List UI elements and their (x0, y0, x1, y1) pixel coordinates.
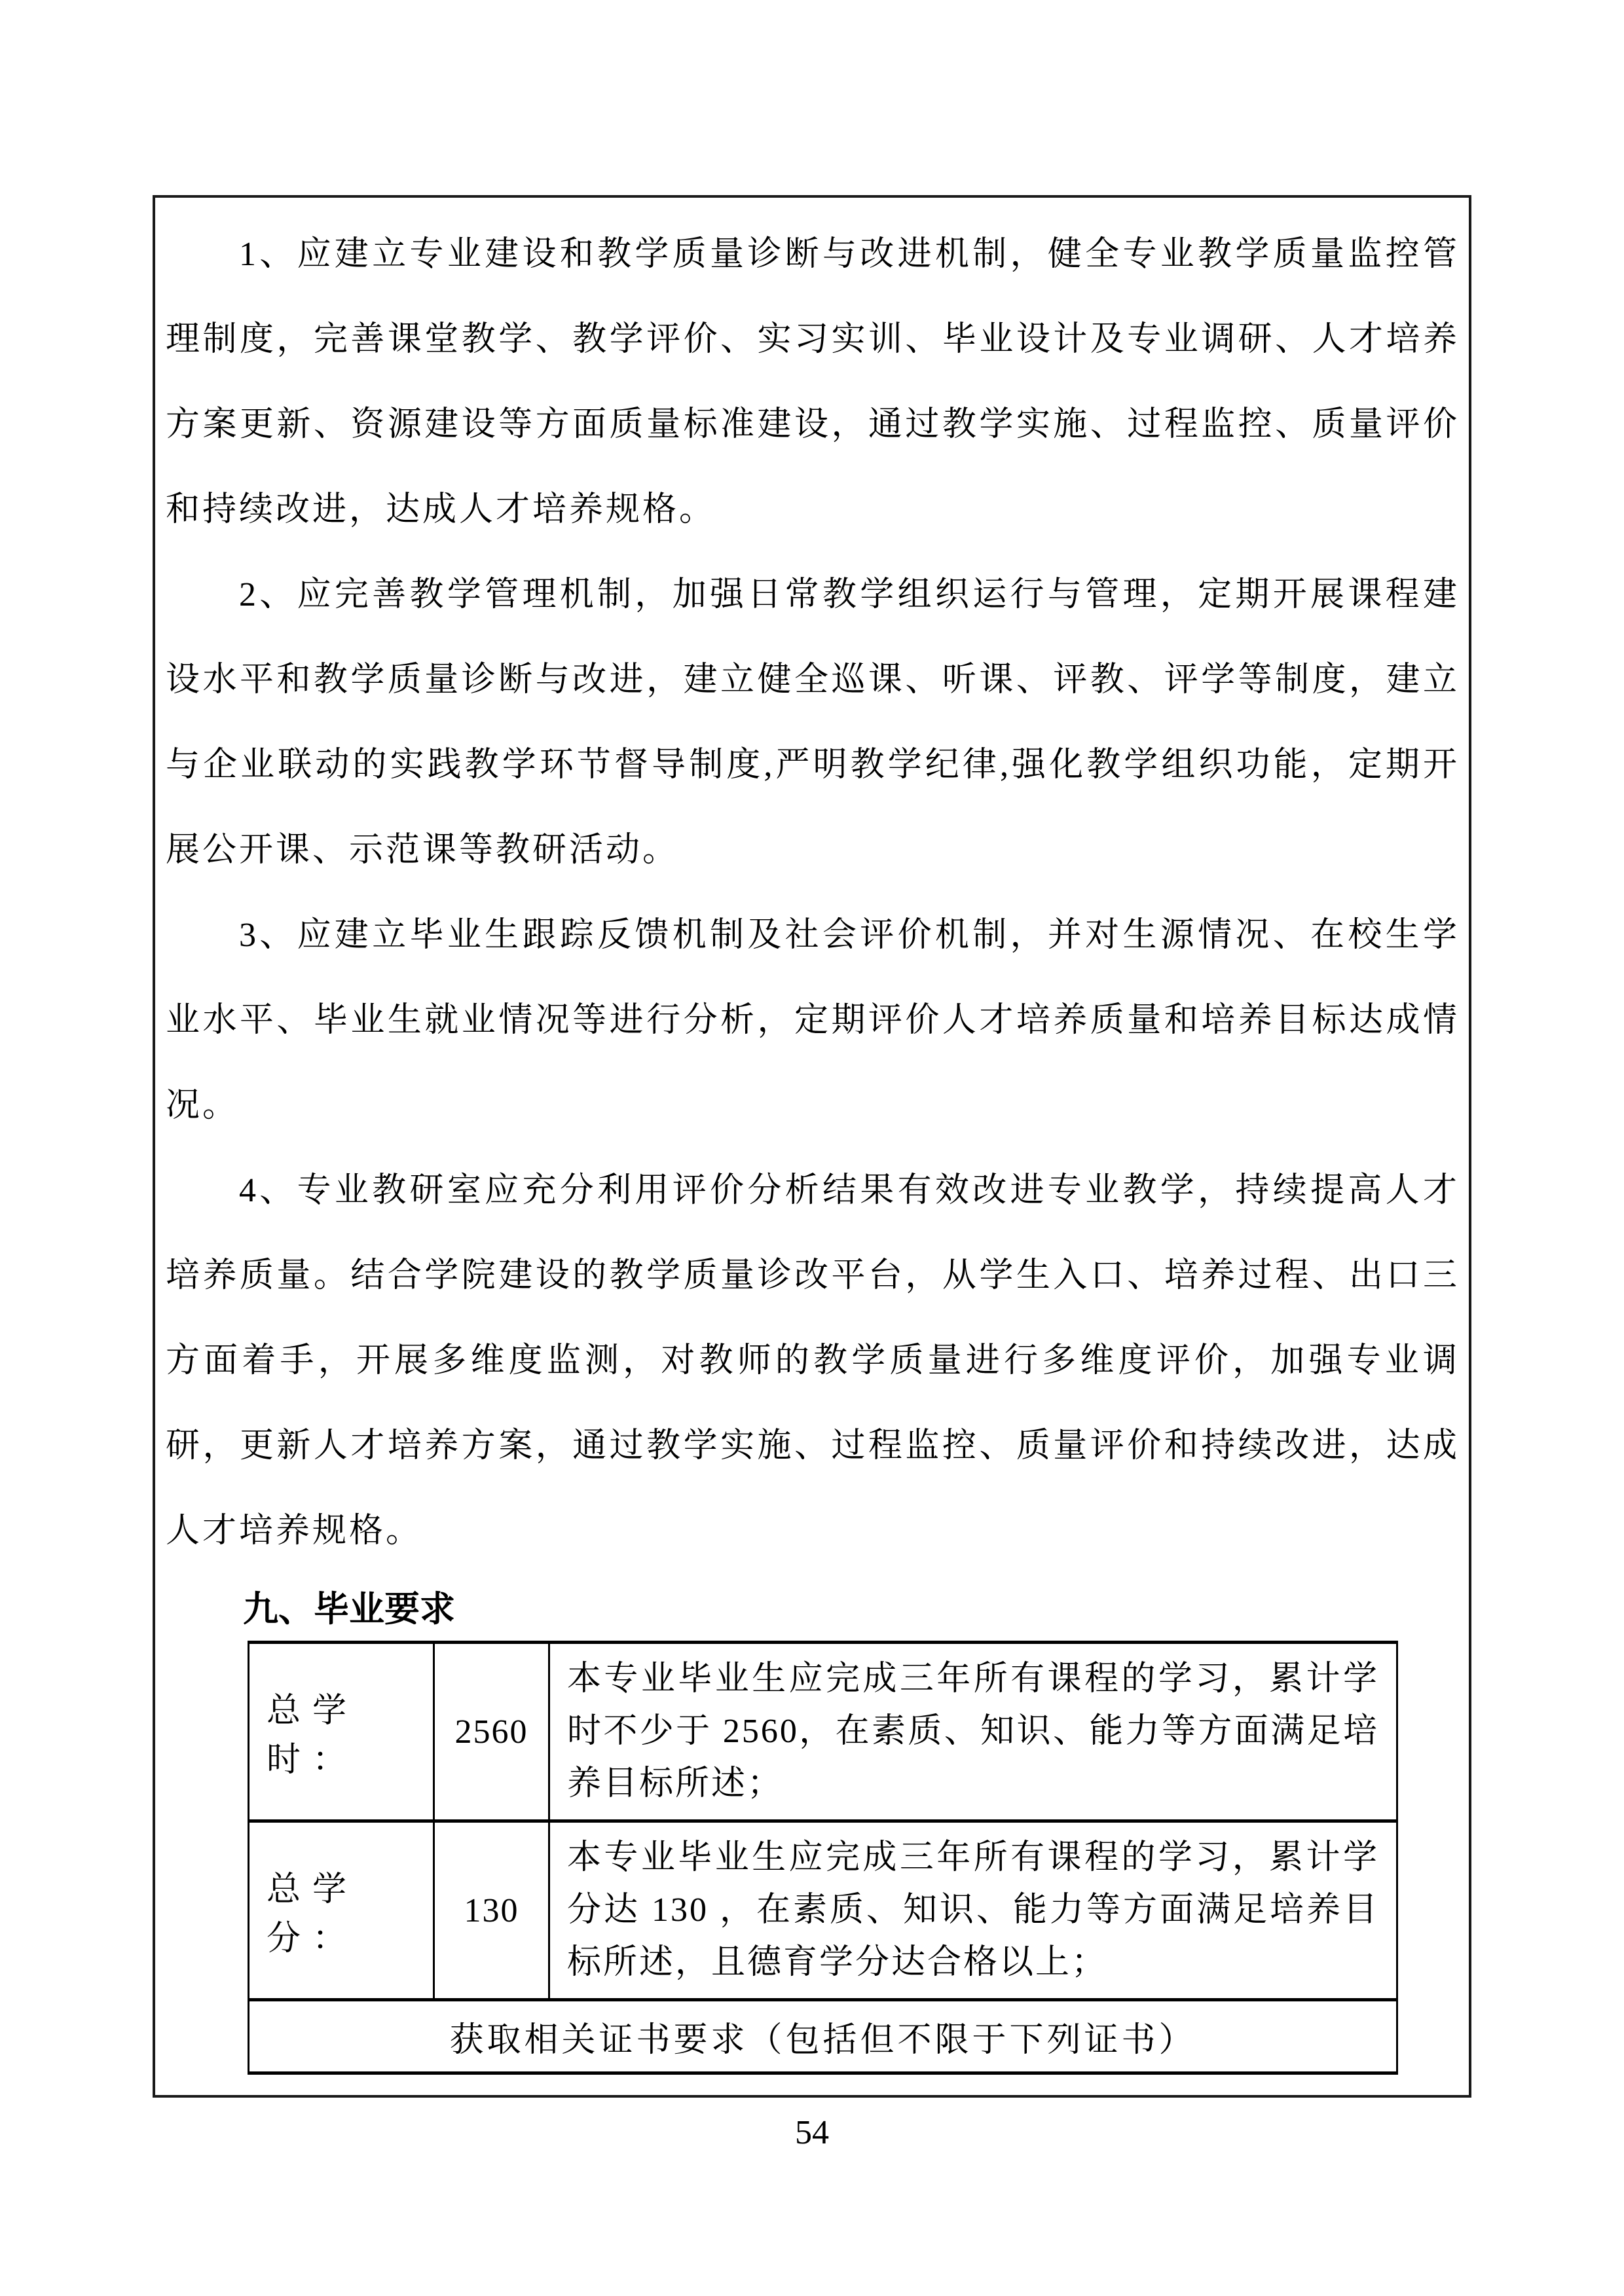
total-hours-value: 2560 (434, 1643, 549, 1821)
paragraph-teaching-management: 2、应完善教学管理机制，加强日常教学组织运行与管理，定期开展课程建设水平和教学质… (166, 553, 1460, 893)
document-page: 1、应建立专业建设和教学质量诊断与改进机制，健全专业教学质量监控管理制度，完善课… (0, 0, 1624, 2296)
total-credits-description: 本专业毕业生应完成三年所有课程的学习，累计学分达 130 ，在素质、知识、能力等… (549, 1821, 1397, 2000)
body-text-block: 1、应建立专业建设和教学质量诊断与改进机制，健全专业教学质量监控管理制度，完善课… (155, 198, 1469, 1641)
total-hours-description: 本专业毕业生应完成三年所有课程的学习，累计学时不少于 2560，在素质、知识、能… (549, 1643, 1397, 1821)
section-heading-graduation-requirements: 九、毕业要求 (166, 1578, 1460, 1641)
total-credits-label: 总学分： (249, 1821, 434, 2000)
paragraph-evaluation-improvement: 4、专业教研室应充分利用评价分析结果有效改进专业教学，持续提高人才培养质量。结合… (166, 1148, 1460, 1574)
table-row-total-credits: 总学分： 130 本专业毕业生应完成三年所有课程的学习，累计学分达 130 ，在… (249, 1821, 1397, 2000)
table-row-total-hours: 总学时： 2560 本专业毕业生应完成三年所有课程的学习，累计学时不少于 256… (249, 1643, 1397, 1821)
paragraph-graduate-feedback: 3、应建立毕业生跟踪反馈机制及社会评价机制，并对生源情况、在校生学业水平、毕业生… (166, 893, 1460, 1148)
total-credits-value: 130 (434, 1821, 549, 2000)
graduation-requirements-table: 总学时： 2560 本专业毕业生应完成三年所有课程的学习，累计学时不少于 256… (248, 1641, 1398, 2075)
page-number: 54 (0, 2113, 1624, 2152)
content-border-box: 1、应建立专业建设和教学质量诊断与改进机制，健全专业教学质量监控管理制度，完善课… (153, 195, 1471, 2098)
certificate-requirement-note: 获取相关证书要求（包括但不限于下列证书） (249, 2000, 1397, 2073)
table-row-certificate-note: 获取相关证书要求（包括但不限于下列证书） (249, 2000, 1397, 2073)
total-hours-label: 总学时： (249, 1643, 434, 1821)
paragraph-quality-mechanism: 1、应建立专业建设和教学质量诊断与改进机制，健全专业教学质量监控管理制度，完善课… (166, 212, 1460, 553)
